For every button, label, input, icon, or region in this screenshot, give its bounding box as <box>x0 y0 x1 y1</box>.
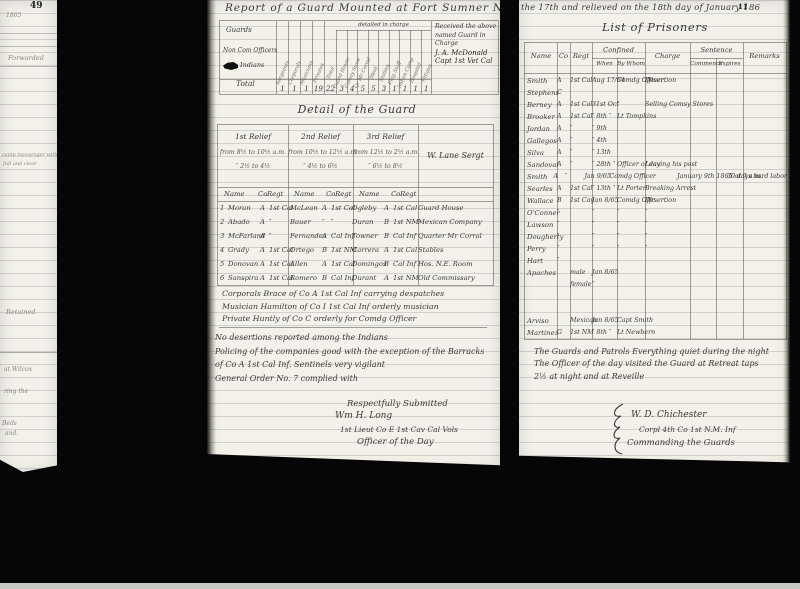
header-name: Name <box>288 190 326 198</box>
prisoner-co: A <box>557 147 570 159</box>
guard-row-number: 1 <box>218 201 228 215</box>
prisoner-name: Sandoval <box>524 159 557 171</box>
prisoner-list-heading: List of Prisoners <box>585 20 725 34</box>
guard-regt: 1st NM <box>393 215 414 229</box>
prisoner-name: Perry <box>524 243 557 255</box>
col-header-confined: Confined <box>592 46 645 54</box>
prisoner-co: A <box>557 135 570 147</box>
prisoner-regt <box>570 243 592 255</box>
prisoner-sentence-commence <box>690 255 716 267</box>
guard-row-number: 6 <box>218 271 228 285</box>
prisoner-confined-when: ″ 8th ″ <box>592 111 617 123</box>
header-co: Co <box>326 190 335 198</box>
prisoner-sentence-expires <box>716 231 743 243</box>
prisoner-regt: 1st Cav <box>570 195 592 207</box>
summary-column-count: 1 <box>289 85 300 93</box>
prisoner-remarks <box>743 231 787 243</box>
prisoner-name <box>524 303 557 315</box>
guard-name: Durant <box>352 271 384 285</box>
prisoner-charge <box>645 135 690 147</box>
prisoner-row: Gallegos A ″ ″ 4th <box>524 135 787 147</box>
prisoner-confined-when: 31st Oct <box>592 99 617 111</box>
prisoner-sentence-commence <box>690 123 716 135</box>
left-note-line2: full and clear <box>3 161 37 167</box>
summary-column-count: 3 <box>379 85 389 93</box>
header-regt: Regt <box>267 190 286 198</box>
summary-column-count: 1 <box>277 85 288 93</box>
prisoner-regt <box>570 291 592 303</box>
col-header-name: Name <box>526 52 556 60</box>
prisoner-sentence-expires <box>716 267 743 279</box>
guard-regt: ″ <box>269 215 290 229</box>
prisoner-row <box>524 291 787 303</box>
prisoner-remarks <box>743 195 787 207</box>
guard-name: McLean <box>290 201 322 215</box>
header-bottom-rule <box>524 73 787 74</box>
prisoner-remarks <box>743 219 787 231</box>
prisoner-confined-by: Comdg Offr <box>617 195 645 207</box>
guard-commander-rank: Corpl 4th Co 1st N.M. Inf <box>639 425 736 434</box>
relief-cell-2: 2nd Relief from 10½ to 12½ a.m. ″ 4½ to … <box>288 125 353 187</box>
prisoner-regt: ″ <box>570 123 592 135</box>
header-name: Name <box>353 190 391 198</box>
left-beds-text: Beds <box>2 420 17 427</box>
received-signature-rank: Capt 1st Vet Cal <box>435 57 498 66</box>
prisoner-charge: Selling Comsy Stores <box>645 99 690 111</box>
col-header-charge: Charge <box>645 52 690 60</box>
night-report-notes: The Guards and Patrols Everything quiet … <box>534 346 769 383</box>
prisoner-regt <box>570 255 592 267</box>
received-note-line: Charge <box>435 40 498 49</box>
prisoner-charge <box>637 171 677 183</box>
guard-name: Domingos <box>352 257 384 271</box>
guard-co: A <box>260 229 269 243</box>
left-retained-text: Retained <box>6 308 36 316</box>
relief-cell-1: 1st Relief from 8½ to 10½ a.m. ″ 2½ to 4… <box>218 125 288 187</box>
received-in-charge-note: Received the above named Guard in Charge… <box>431 21 498 94</box>
prisoner-remarks: 30 days hard labor <box>727 171 787 183</box>
col-header-sentence: Sentence <box>690 46 743 54</box>
prisoner-charge <box>645 279 690 291</box>
guard-co: A <box>260 243 269 257</box>
prisoner-co: A <box>557 183 570 195</box>
prisoner-sentence-commence <box>690 303 716 315</box>
relief-hours: ″ 6½ to 8½ <box>353 163 418 170</box>
prisoner-remarks <box>743 147 787 159</box>
guard-co: A <box>384 201 393 215</box>
guard-name: Sanspira <box>228 271 260 285</box>
prisoner-name: Apaches <box>524 267 557 279</box>
prisoner-remarks <box>743 159 787 171</box>
subheader-rule <box>690 58 743 59</box>
prisoner-co <box>557 279 570 291</box>
prisoner-confined-by <box>617 255 645 267</box>
guard-name: Fernandez <box>290 229 322 243</box>
guard-co: A <box>384 271 393 285</box>
prisoner-sentence-commence <box>690 231 716 243</box>
guard-regt: 1st Cal <box>331 201 352 215</box>
guard-regt: 1st Cal <box>269 257 290 271</box>
col-header-expires: Expires <box>716 61 743 67</box>
guard-regt: 1st NM <box>331 243 352 257</box>
prisoner-co: G <box>557 327 570 339</box>
prisoner-row <box>524 303 787 315</box>
special-detail-line: Corporals Brace of Co A 1st Cal Inf carr… <box>222 288 444 301</box>
prisoner-regt: 1st Cal <box>570 183 592 195</box>
prisoner-confined-by <box>617 147 645 159</box>
prisoner-co: ″ <box>557 207 570 219</box>
prisoner-confined-by: ″ <box>617 99 645 111</box>
prisoner-remarks <box>743 315 787 327</box>
prisoner-sentence-commence <box>690 111 716 123</box>
guard-name: Ortego <box>290 243 322 257</box>
prisoner-regt: Mexican <box>570 315 592 327</box>
prisoner-confined-when: ″ <box>592 207 617 219</box>
guard-row-number: 2 <box>218 215 228 229</box>
left-rule <box>0 33 57 34</box>
summary-column-label: Total <box>326 66 337 80</box>
guard-co: B <box>384 215 393 229</box>
report-title-continuation: the 17th and relieved on the 18th day of… <box>521 3 760 13</box>
prisoner-regt: ″ <box>570 135 592 147</box>
relief-hours: from 10½ to 12½ a.m. <box>288 149 353 156</box>
prisoner-sentence-expires <box>716 243 743 255</box>
guard-post: Quarter Mr Corral <box>414 229 493 243</box>
left-ring-text: ring the <box>4 388 28 395</box>
prisoner-row: Brooker A 1st Cal ″ 8th ″ Lt Tompkins <box>524 111 787 123</box>
prisoner-co <box>557 291 570 303</box>
prisoner-table: Name Co Regt Confined When By Whom Charg… <box>524 42 787 340</box>
prisoner-row: Apaches male Jan 8/65 <box>524 267 787 279</box>
prisoner-confined-when: Jan 8/65 <box>592 315 617 327</box>
prisoner-sentence-commence <box>690 291 716 303</box>
prisoner-confined-when: ″ 9th <box>592 123 617 135</box>
guard-row-number: 5 <box>218 257 228 271</box>
prisoner-name: Wallace <box>524 195 557 207</box>
prisoner-row: female ″ <box>524 279 787 291</box>
prisoner-charge: ″ <box>645 207 690 219</box>
prisoner-remarks <box>743 123 787 135</box>
summary-column: Meat 5 <box>368 30 379 94</box>
prisoner-remarks <box>743 327 787 339</box>
prisoner-confined-when: ″ 13th <box>592 147 617 159</box>
prisoner-row: Perry ″ ″ ″ ″ <box>524 243 787 255</box>
relief-hours: from 8½ to 10½ a.m. <box>218 149 288 156</box>
guard-row: 3 McFarland A ″ Fernandez A Cal Inf Town… <box>218 229 493 243</box>
summary-columns-posts: Guard House 3 Comsy Store 4 Qr Mr Corral… <box>336 30 431 94</box>
guard-row: 1 Moran A 1st Cal McLean A 1st Cal Ogleb… <box>218 201 493 215</box>
left-page-number: 49 <box>30 1 43 11</box>
prisoner-remarks <box>743 291 787 303</box>
prisoner-co: ″ <box>557 243 570 255</box>
guard-regt: Cal Inf <box>331 229 352 243</box>
prisoner-name: Smith <box>524 75 557 87</box>
prisoner-co: ″ <box>557 231 570 243</box>
prisoner-name: Searles <box>524 183 557 195</box>
report-title: Report of a Guard Mounted at Fort Sumner… <box>225 2 503 14</box>
prisoner-row: Silva A ″ ″ 13th <box>524 147 787 159</box>
prisoner-sentence-commence <box>690 207 716 219</box>
guard-co: A <box>322 201 331 215</box>
prisoner-row: Dougherty ″ ″ ″ ″ <box>524 231 787 243</box>
guard-regt: 1st Cal <box>393 201 414 215</box>
prisoner-name: Smith <box>524 171 553 183</box>
guard-regt: Cal Inf <box>331 271 352 285</box>
prisoner-sentence-commence <box>690 99 716 111</box>
prisoner-charge <box>645 255 690 267</box>
remark-line: General Order No. 7 complied with <box>215 372 484 386</box>
prisoner-regt <box>570 219 592 231</box>
prisoner-charge: ″ <box>645 219 690 231</box>
prisoner-confined-when <box>592 303 617 315</box>
prisoner-sentence-expires <box>716 195 743 207</box>
header-regt: Regt <box>335 190 353 198</box>
prisoner-regt: female <box>570 279 592 291</box>
guard-header-group: Name Co Regt <box>353 187 418 201</box>
guard-name: Bauer <box>290 215 322 229</box>
summary-column: Privates 19 <box>312 21 324 94</box>
prisoner-sentence-commence <box>690 135 716 147</box>
left-forwarded-text: Forwarded <box>8 54 44 62</box>
prisoner-confined-by <box>617 303 645 315</box>
prisoner-regt: 1st Cal <box>570 111 592 123</box>
guard-co: A <box>260 201 269 215</box>
relief-hours: ″ 4½ to 6½ <box>288 163 353 170</box>
summary-label-indians: Indians <box>240 61 264 69</box>
prisoner-co: A <box>557 111 570 123</box>
prisoner-regt <box>570 87 592 99</box>
relief-hours: from 12½ to 2½ a.m. <box>353 149 418 156</box>
prisoner-co: ″ <box>557 255 570 267</box>
summary-column-count: 1 <box>422 85 432 93</box>
header-co: Co <box>258 190 267 198</box>
prisoner-row: Berney A 1st Cal 31st Oct ″ Selling Coms… <box>524 99 787 111</box>
guard-co: A <box>322 229 331 243</box>
special-detail-line: Private Huntly of Co C orderly for Comdg… <box>222 313 444 326</box>
summary-column-count: 1 <box>400 85 410 93</box>
prisoner-name: Brooker <box>524 111 557 123</box>
guard-co: ″ <box>322 215 331 229</box>
relief-title: 3rd Relief <box>353 132 418 141</box>
right-page-number: 11 <box>738 2 748 11</box>
summary-column-count: 5 <box>358 85 368 93</box>
night-report-line: The Guards and Patrols Everything quiet … <box>534 346 769 358</box>
prisoner-sentence-expires <box>703 171 727 183</box>
prisoner-sentence-expires <box>716 123 743 135</box>
prisoner-remarks <box>743 303 787 315</box>
left-wilcox-text: at Wilcox <box>4 366 32 373</box>
summary-column-count: 5 <box>369 85 379 93</box>
col-header-regt: Regt <box>570 52 592 60</box>
prisoner-name: Gallegos <box>524 135 557 147</box>
guard-row-number: 3 <box>218 229 228 243</box>
prisoner-sentence-commence <box>690 183 716 195</box>
prisoner-row: Martinez G 1st NM ″ 8th ″ Lt Newbern <box>524 327 787 339</box>
guard-regt: ″ <box>269 229 290 243</box>
left-rule <box>0 352 57 353</box>
summary-column: Stables 3 <box>378 30 389 94</box>
guard-regt: ″ <box>331 215 352 229</box>
prisoner-sentence-expires <box>716 291 743 303</box>
prisoner-charge <box>645 291 690 303</box>
prisoner-remarks <box>743 243 787 255</box>
left-top-fragment: 1865 <box>6 12 21 19</box>
guard-row: 5 Donovan A 1st Cal Allen A 1st Cal Domi… <box>218 257 493 271</box>
prisoner-row: Hart ″ <box>524 255 787 267</box>
received-note-line: named Guard in <box>435 32 498 41</box>
prisoner-confined-when: Aug 17/64 <box>592 75 617 87</box>
received-note-line: Received the above <box>435 23 498 32</box>
remark-line: No desertions reported among the Indians <box>215 331 484 345</box>
guard-post: Mexican Company <box>414 215 493 229</box>
signature-officer-title: Officer of the Day <box>357 437 434 447</box>
header-co: Co <box>391 190 400 198</box>
prisoner-remarks <box>743 267 787 279</box>
relief-cell-3: 3rd Relief from 12½ to 2½ a.m. ″ 6½ to 8… <box>353 125 418 187</box>
guard-name: Carrera <box>352 243 384 257</box>
prisoner-charge <box>645 327 690 339</box>
prisoner-regt: ″ <box>570 147 592 159</box>
prisoner-sentence-expires <box>716 315 743 327</box>
prisoner-charge <box>645 267 690 279</box>
prisoner-sentence-expires <box>716 303 743 315</box>
prisoner-row: Smith A ″ Jan 9/65 Comdg Officer January… <box>524 171 787 183</box>
prisoner-name: Berney <box>524 99 557 111</box>
guard-co: A <box>322 257 331 271</box>
prisoner-sentence-commence <box>690 315 716 327</box>
guard-regt: 1st Cal <box>331 257 352 271</box>
prisoner-confined-by: Lt Porter <box>617 183 645 195</box>
prisoner-confined-by: Comdg Officer <box>617 75 645 87</box>
left-page-fragment: 49 1865 Forwarded camp messenger with fu… <box>0 0 57 472</box>
prisoner-sentence-commence <box>690 243 716 255</box>
guard-post: Old Commissary <box>414 271 493 285</box>
prisoner-name: O'Conner <box>524 207 557 219</box>
prisoner-sentence-commence <box>690 147 716 159</box>
prisoner-regt: ″ <box>570 159 592 171</box>
prisoner-confined-by: ″ <box>617 243 645 255</box>
prisoner-sentence-expires <box>716 75 743 87</box>
guard-name: Ogleby <box>352 201 384 215</box>
report-remarks: No desertions reported among the Indians… <box>215 331 484 385</box>
prisoner-confined-by <box>617 291 645 303</box>
guard-name: McFarland <box>228 229 260 243</box>
prisoner-confined-by <box>617 123 645 135</box>
col-header-by-whom: By Whom <box>617 61 645 67</box>
prisoner-row: Smith A 1st Cal Aug 17/64 Comdg Officer … <box>524 75 787 87</box>
prisoner-row: Sandoval A ″ ″ 28th ″ Officer of day Lea… <box>524 159 787 171</box>
prisoner-regt: 1st Cal <box>570 99 592 111</box>
prisoner-name: Lawson <box>524 219 557 231</box>
summary-total-label: Total <box>236 79 255 88</box>
guard-row-number: 4 <box>218 243 228 257</box>
col-header-commence: Commence <box>690 61 716 67</box>
prisoner-confined-by <box>617 87 645 99</box>
guard-regt: 1st Cal <box>269 243 290 257</box>
prisoner-sentence-commence <box>690 279 716 291</box>
prisoner-row: O'Conner ″ ″ ″ ″ <box>524 207 787 219</box>
prisoner-sentence-expires <box>716 255 743 267</box>
guard-regt: 1st Cal <box>269 201 290 215</box>
guard-post: Hos. N.E. Room <box>414 257 493 271</box>
guard-co: B <box>322 243 331 257</box>
prisoner-charge <box>645 303 690 315</box>
prisoner-sentence-commence: January 9th 1865 at 9 a.m. <box>677 171 703 183</box>
guard-name: Romero <box>290 271 322 285</box>
summary-column: Hospital 1 <box>410 30 421 94</box>
signature-officer-rank: 1st Lieut Co E 1st Cav Cal Vols <box>340 425 458 434</box>
guard-name: Moran <box>228 201 260 215</box>
prisoner-row: Arviso Mexican Jan 8/65 Capt Smith <box>524 315 787 327</box>
prisoner-charge: Breaking Arrest <box>645 183 690 195</box>
guard-rows: 1 Moran A 1st Cal McLean A 1st Cal Ogleb… <box>218 201 493 285</box>
prisoner-name <box>524 279 557 291</box>
prisoner-co <box>557 315 570 327</box>
prisoner-charge: ″ <box>645 231 690 243</box>
prisoner-confined-when: ″ <box>592 243 617 255</box>
prisoner-name: Jordan <box>524 123 557 135</box>
sergeant-of-guard: W. Lane Sergt <box>418 151 493 160</box>
prisoner-remarks <box>743 99 787 111</box>
signature-officer-name: Wm H. Long <box>335 411 392 421</box>
prisoner-confined-when: ″ 28th ″ <box>592 159 617 171</box>
prisoner-charge: Leaving his post <box>645 159 690 171</box>
guard-co: A <box>384 243 393 257</box>
guard-co: A <box>260 257 269 271</box>
prisoner-confined-by <box>617 135 645 147</box>
prisoner-sentence-commence <box>690 75 716 87</box>
prisoner-remarks <box>743 135 787 147</box>
guard-regt: 1st Cal <box>393 243 414 257</box>
prisoner-sentence-expires <box>716 99 743 111</box>
prisoner-name: Silva <box>524 147 557 159</box>
prisoner-confined-by: Lt Tompkins <box>617 111 645 123</box>
prisoner-row: Jordan A ″ ″ 9th <box>524 123 787 135</box>
guard-name: Abado <box>228 215 260 229</box>
prisoner-confined-by: Comdg Officer <box>609 171 637 183</box>
prisoner-charge <box>645 87 690 99</box>
summary-column-count: 19 <box>313 85 324 93</box>
guard-regt: 1st Cal <box>269 271 290 285</box>
prisoner-sentence-commence <box>690 219 716 231</box>
guard-name: Duran <box>352 215 384 229</box>
prisoner-name: Stephens <box>524 87 557 99</box>
guard-row: 2 Abado A ″ Bauer ″ ″ Duran B 1st NM Mex… <box>218 215 493 229</box>
special-details: Corporals Brace of Co A 1st Cal Inf carr… <box>222 288 444 326</box>
prisoner-list-page: the 17th and relieved on the 18th day of… <box>519 0 790 467</box>
prisoner-charge <box>645 315 690 327</box>
prisoner-charge: ″ <box>645 243 690 255</box>
prisoner-sentence-expires <box>716 327 743 339</box>
guard-name: Allen <box>290 257 322 271</box>
prisoner-remarks <box>743 87 787 99</box>
prisoner-row: Wallace B 1st Cav Jan 8/65 Comdg Offr De… <box>524 195 787 207</box>
prisoner-confined-by: Officer of day <box>617 159 645 171</box>
prisoner-row: Stephens C <box>524 87 787 99</box>
night-report-line: 2½ at night and at Reveille <box>534 371 769 383</box>
prisoner-confined-when <box>592 255 617 267</box>
guard-name: Towner <box>352 229 384 243</box>
special-detail-line: Musician Hamilton of Co I 1st Cal Inf or… <box>222 301 444 314</box>
prisoner-sentence-commence <box>690 195 716 207</box>
prisoner-confined-when: Jan 8/65 <box>592 195 617 207</box>
summary-column: Qr Mr Corral 5 <box>357 30 368 94</box>
prisoner-charge: Desertion <box>645 75 690 87</box>
night-report-line: The Officer of the day visited the Guard… <box>534 358 769 370</box>
guard-commander-name: W. D. Chichester <box>631 410 707 420</box>
prisoner-row: Lawson ″ ″ ″ ″ <box>524 219 787 231</box>
prisoner-remarks <box>743 279 787 291</box>
